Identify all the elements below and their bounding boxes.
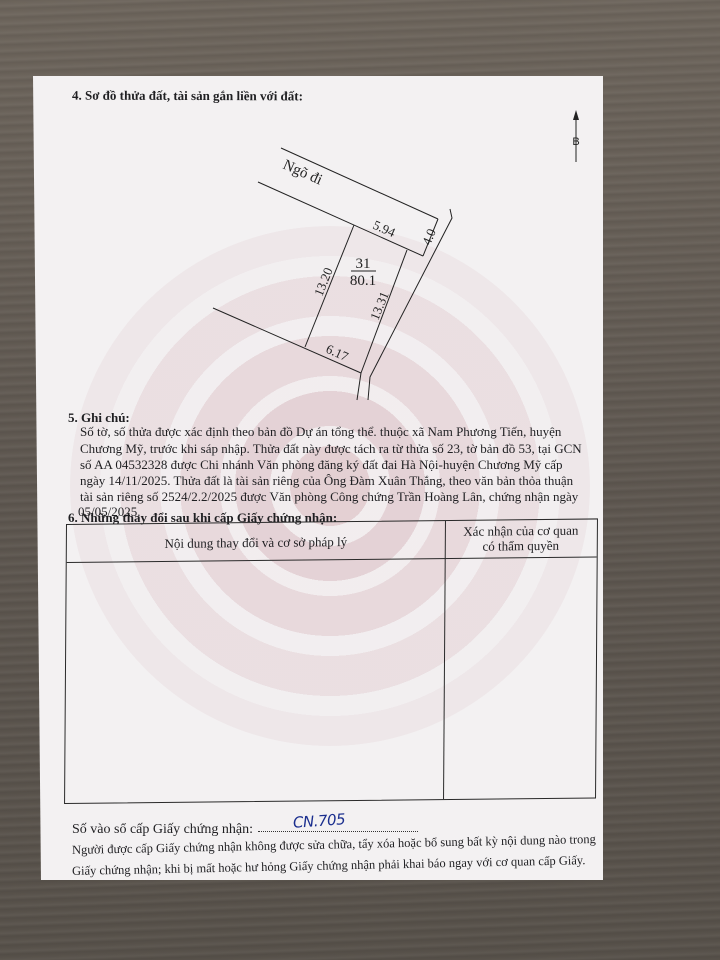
road-label: Ngõ đi bbox=[280, 157, 324, 188]
north-label: B bbox=[572, 136, 579, 148]
edge-left-label: 13.20 bbox=[311, 265, 336, 298]
note-line: số AA 04532328 được Chi nhánh Văn phòng … bbox=[80, 457, 563, 473]
parcel-area: 80.1 bbox=[350, 273, 376, 289]
column-header-line: có thẩm quyền bbox=[445, 537, 597, 554]
note-line: Chương Mỹ, trước khi sáp nhập. Thửa đất … bbox=[80, 441, 582, 457]
changes-table: Nội dung thay đổi và cơ sở pháp lý Xác n… bbox=[64, 518, 598, 804]
table-header-divider bbox=[67, 556, 597, 563]
road-edge-top bbox=[281, 148, 438, 219]
note-line: ngày 14/11/2025. Thửa đất là tài sản riê… bbox=[80, 473, 573, 489]
certificate-page: 4. Sơ đồ thửa đất, tài sản gắn liền với … bbox=[0, 0, 720, 960]
registry-dotted-line bbox=[258, 831, 418, 832]
registry-label: Số vào sổ cấp Giấy chứng nhận: bbox=[72, 822, 253, 838]
north-arrow-icon: B bbox=[572, 110, 579, 162]
edge-right-label: 13.31 bbox=[367, 289, 392, 322]
parcel-number: 31 bbox=[356, 256, 371, 272]
column-header-authority-confirmation: Xác nhận của cơ quan có thẩm quyền bbox=[445, 522, 597, 554]
parcel-extension bbox=[357, 373, 361, 400]
column-header-line: Xác nhận của cơ quan bbox=[445, 522, 597, 539]
edge-top-label: 5.94 bbox=[371, 217, 398, 240]
note-line: tài sản riêng số 2524/2.2/2025 được Văn … bbox=[80, 489, 578, 505]
parcel-edge-bottom bbox=[213, 308, 361, 373]
edge-bottom-label: 6.17 bbox=[324, 341, 351, 364]
road-width-label: 4.0 bbox=[419, 226, 439, 247]
road-edge-bottom bbox=[258, 182, 423, 256]
note-line: Số tờ, số thửa được xác định theo bản đồ… bbox=[80, 424, 561, 440]
table-column-divider bbox=[443, 521, 446, 799]
registry-number-handwritten: CN.705 bbox=[292, 810, 345, 832]
column-header-change-content: Nội dung thay đổi và cơ sở pháp lý bbox=[67, 533, 445, 552]
